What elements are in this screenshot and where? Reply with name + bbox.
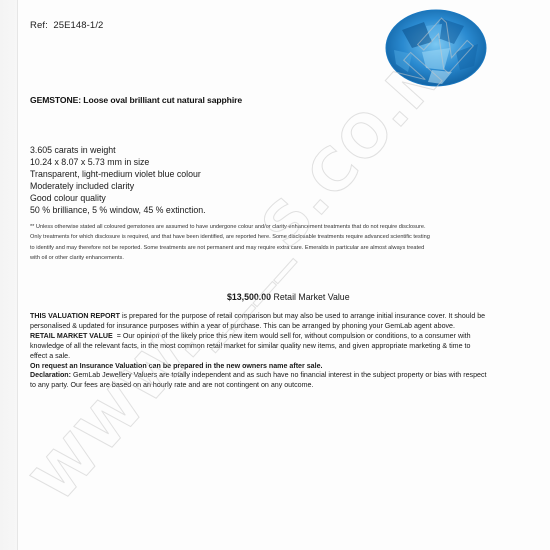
retail-market-value: $13,500.00 Retail Market Value xyxy=(227,292,350,302)
reference-number: Ref: 25E148-1/2 xyxy=(30,20,103,31)
disclaimer-line: ** Unless otherwise stated all coloured … xyxy=(30,222,530,232)
insurance-note-text: On request an Insurance Valuation can be… xyxy=(30,362,323,370)
value-label: Retail Market Value xyxy=(273,292,349,302)
terms-rmv-line3: effect a sale. xyxy=(30,352,530,362)
ref-value: 25E148-1/2 xyxy=(53,20,103,31)
valuation-terms: THIS VALUATION REPORT is prepared for th… xyxy=(30,312,530,391)
spec-colour: Transparent, light-medium violet blue co… xyxy=(30,168,206,180)
valuation-report-text: is prepared for the purpose of retail co… xyxy=(120,312,485,320)
spec-clarity: Moderately included clarity xyxy=(30,180,206,192)
terms-valuation-report-line1: THIS VALUATION REPORT is prepared for th… xyxy=(30,312,530,322)
sapphire-gem-image xyxy=(382,8,490,88)
terms-rmv-line2: knowledge of all the relevant facts, in … xyxy=(30,342,530,352)
treatment-disclaimer: ** Unless otherwise stated all coloured … xyxy=(30,222,530,263)
gem-specifications: 3.605 carats in weight 10.24 x 8.07 x 5.… xyxy=(30,144,206,217)
rmv-text: = Our opinion of the likely price this n… xyxy=(113,332,471,340)
insurance-note: On request an Insurance Valuation can be… xyxy=(30,362,530,372)
gemstone-label: GEMSTONE: xyxy=(30,95,81,105)
terms-rmv-line1: RETAIL MARKET VALUE = Our opinion of the… xyxy=(30,332,530,342)
declaration-text: GemLab Jewellery Valuers are totally ind… xyxy=(71,371,486,379)
value-amount: $13,500.00 xyxy=(227,292,271,302)
rmv-label: RETAIL MARKET VALUE xyxy=(30,332,113,340)
declaration-line1: Declaration: GemLab Jewellery Valuers ar… xyxy=(30,371,530,381)
ref-label: Ref: xyxy=(30,20,48,31)
declaration-label: Declaration: xyxy=(30,371,71,379)
spec-size: 10.24 x 8.07 x 5.73 mm in size xyxy=(30,156,206,168)
valuation-report-label: THIS VALUATION REPORT xyxy=(30,312,120,320)
disclaimer-line: to identify and may therefore not be rep… xyxy=(30,243,530,253)
declaration-line2: to any party. Our fees are based on an h… xyxy=(30,381,530,391)
gemstone-description: Loose oval brilliant cut natural sapphir… xyxy=(83,95,242,105)
spec-weight: 3.605 carats in weight xyxy=(30,144,206,156)
terms-valuation-report-line2: personalised & updated for insurance pur… xyxy=(30,322,530,332)
disclaimer-line: with oil or other clarity enhancements. xyxy=(30,253,530,263)
valuation-document: Ref: 25E148-1/2 GEMSTONE: Loose oval bri… xyxy=(0,0,550,550)
gemstone-heading: GEMSTONE: Loose oval brilliant cut natur… xyxy=(30,95,242,105)
disclaimer-line: Only treatments for which disclosure is … xyxy=(30,232,530,242)
spec-brilliance: 50 % brilliance, 5 % window, 45 % extinc… xyxy=(30,204,206,216)
spec-colour-quality: Good colour quality xyxy=(30,192,206,204)
